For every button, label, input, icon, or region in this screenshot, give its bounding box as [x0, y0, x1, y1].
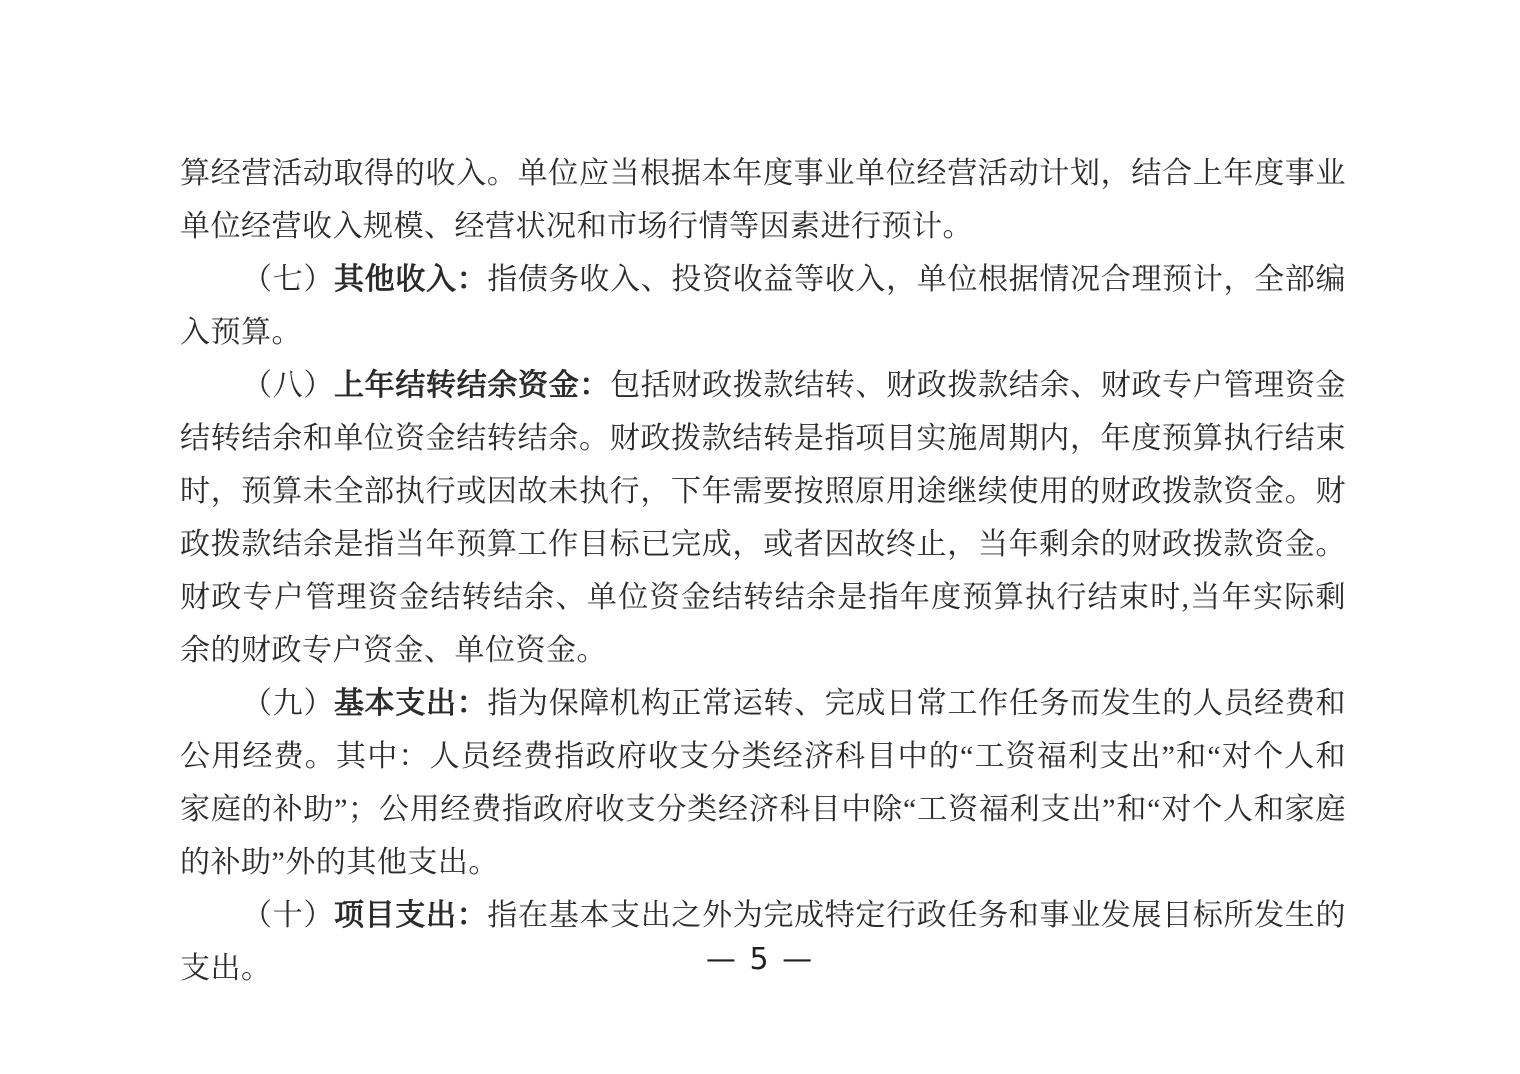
item-number: （十）	[242, 899, 334, 932]
paragraph-item-7-other-income: （七）其他收入：指债务收入、投资收益等收入，单位根据情况合理预计，全部编入预算。	[180, 253, 1346, 359]
item-number: （八）	[242, 369, 334, 402]
term-label: 项目支出：	[334, 899, 487, 932]
term-label: 其他收入：	[334, 263, 487, 296]
paragraph-text: 算经营活动取得的收入。单位应当根据本年度事业单位经营活动计划，结合上年度事业单位…	[180, 157, 1346, 243]
paragraph-item-9-basic-expenditure: （九）基本支出：指为保障机构正常运转、完成日常工作任务而发生的人员经费和公用经费…	[180, 677, 1346, 889]
item-number: （九）	[242, 687, 334, 720]
paragraph-item-8-carryover-funds: （八）上年结转结余资金：包括财政拨款结转、财政拨款结余、财政专户管理资金结转结余…	[180, 359, 1346, 677]
document-body: 算经营活动取得的收入。单位应当根据本年度事业单位经营活动计划，结合上年度事业单位…	[180, 147, 1346, 995]
page-number: — 5 —	[0, 942, 1520, 978]
document-page: 算经营活动取得的收入。单位应当根据本年度事业单位经营活动计划，结合上年度事业单位…	[0, 0, 1520, 1074]
paragraph-continuation: 算经营活动取得的收入。单位应当根据本年度事业单位经营活动计划，结合上年度事业单位…	[180, 147, 1346, 253]
item-number: （七）	[242, 263, 334, 296]
term-label: 基本支出：	[334, 687, 487, 720]
paragraph-text: 包括财政拨款结转、财政拨款结余、财政专户管理资金结转结余和单位资金结转结余。财政…	[180, 369, 1346, 667]
term-label: 上年结转结余资金：	[334, 369, 610, 402]
